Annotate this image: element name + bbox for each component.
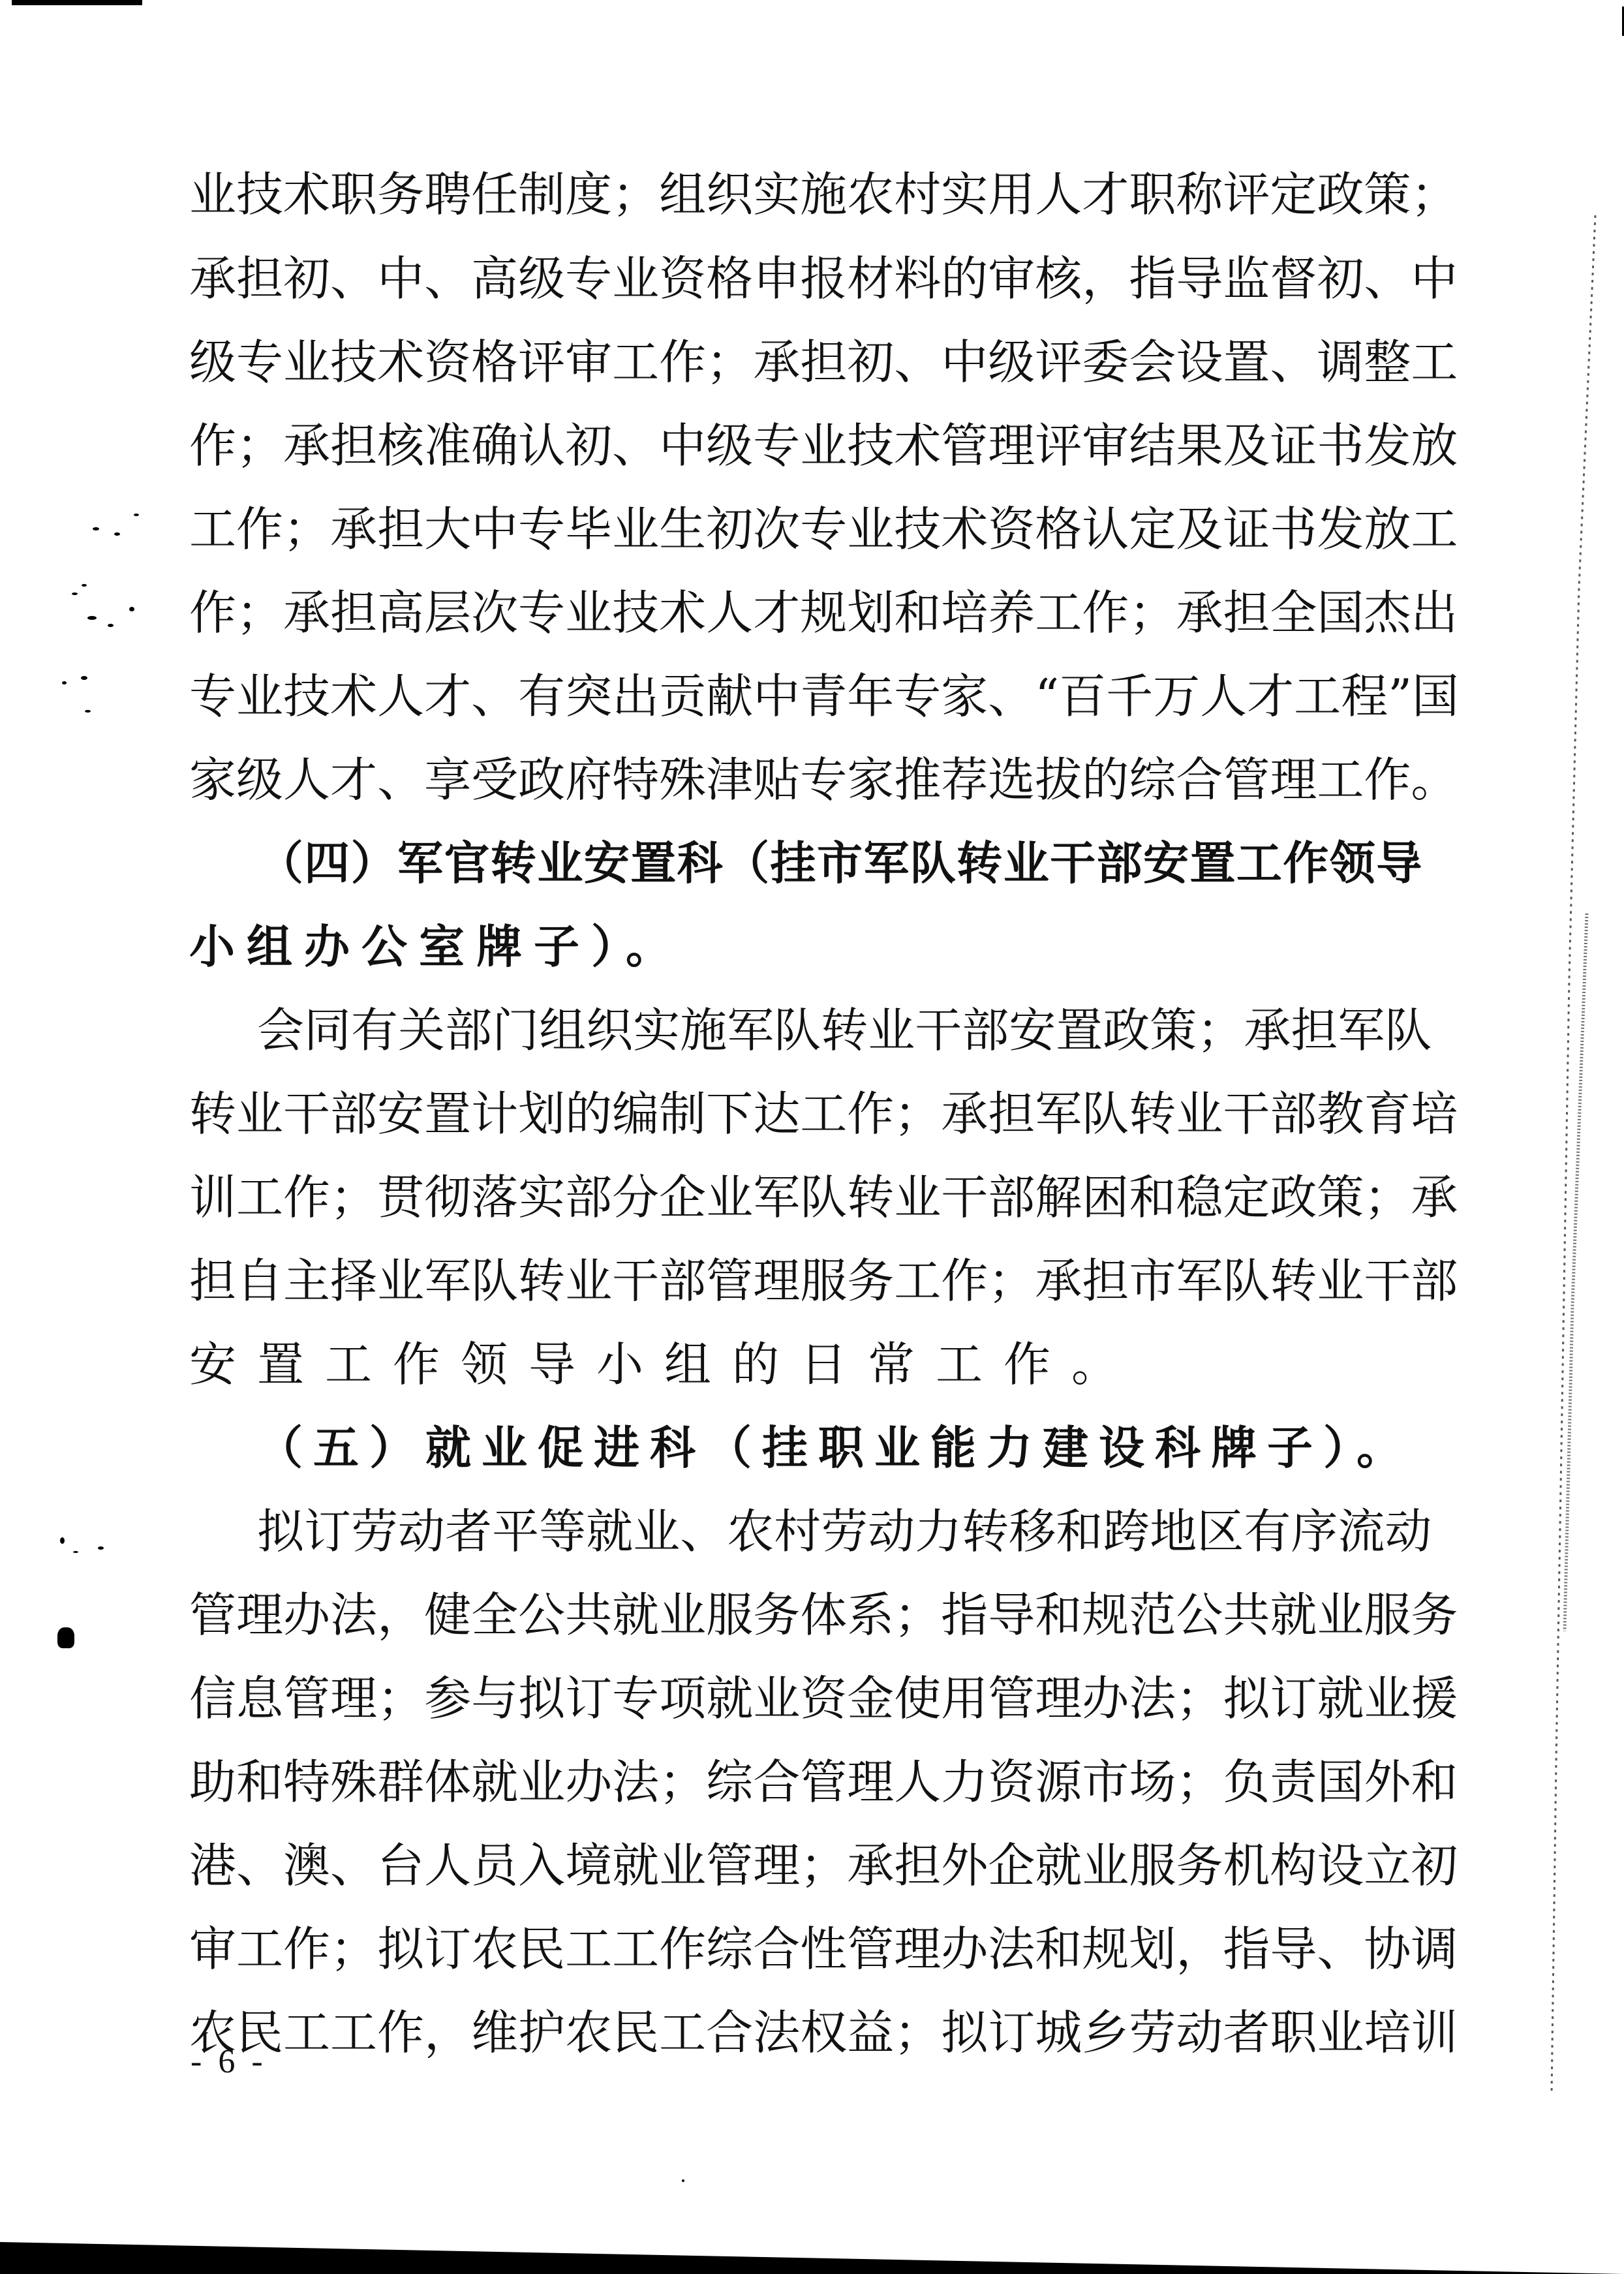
body-line-21: 港、澳、台人员入境就业管理；承担外企就业服务机构设立初 (189, 1830, 1422, 1901)
body-line-14: 担自主择业军队转业干部管理服务工作；承担市军队转业干部 (189, 1245, 1422, 1317)
scan-speck (81, 676, 87, 680)
scan-speck (60, 1537, 65, 1544)
page-number: - 6 - (191, 2042, 267, 2081)
scan-speck (62, 681, 67, 684)
body-line-19: 信息管理；参与拟订专项就业资金使用管理办法；拟订就业援 (189, 1663, 1422, 1734)
body-line-8: 家级人才、享受政府特殊津贴专家推荐选拔的综合管理工作。 (189, 744, 1422, 816)
body-line-3: 级专业技术资格评审工作；承担初、中级评委会设置、调整工 (189, 326, 1422, 398)
scan-speck (87, 616, 97, 620)
body-line-13: 训工作；贯彻落实部分企业军队转业干部解困和稳定政策；承 (189, 1161, 1422, 1233)
body-line-20: 助和特殊群体就业办法；综合管理人力资源市场；负责国外和 (189, 1746, 1422, 1818)
body-line-23: 农民工工作，维护农民工合法权益；拟订城乡劳动者职业培训 (189, 1997, 1422, 2068)
section-heading-4: （四）军官转业安置科（挂市军队转业干部安置工作领导 (257, 827, 1422, 899)
body-line-4: 作；承担核准确认初、中级专业技术管理评审结果及证书发放 (189, 410, 1422, 482)
body-line-12: 转业干部安置计划的编制下达工作；承担军队转业干部教育培 (189, 1078, 1422, 1150)
scan-speck (114, 532, 120, 536)
section-heading-5: （五）就业促进科（挂职业能力建设科牌子）。 (257, 1412, 1490, 1484)
scan-speck (73, 1551, 78, 1553)
scan-speck (85, 710, 91, 713)
body-line-15: 安置工作领导小组的日常工作。 (189, 1329, 1422, 1400)
scan-speck (129, 607, 134, 611)
body-line-11: 会同有关部门组织实施军队转业干部安置政策；承担军队 (257, 994, 1422, 1066)
body-line-5: 工作；承担大中专毕业生初次专业技术资格认定及证书发放工 (189, 493, 1422, 565)
scanned-page: 业技术职务聘任制度；组织实施农村实用人才职称评定政策； 承担初、中、高级专业资格… (0, 0, 1624, 2274)
scan-speck (72, 592, 78, 595)
scan-speck (134, 514, 139, 516)
scan-blot (57, 1627, 74, 1648)
section-heading-4-cont: 小组办公室牌子）。 (189, 911, 1422, 983)
scan-speck (82, 584, 87, 587)
body-line-18: 管理办法，健全公共就业服务体系；指导和规范公共就业服务 (189, 1579, 1422, 1651)
body-line-7: 专业技术人才、有突出贡献中青年专家、“百千万人才工程”国 (189, 660, 1422, 732)
body-line-2: 承担初、中、高级专业资格申报材料的审核，指导监督初、中 (189, 243, 1422, 315)
scan-speck (108, 624, 114, 627)
body-line-22: 审工作；拟订农民工工作综合性管理办法和规划，指导、协调 (189, 1913, 1422, 1985)
scan-speck (93, 527, 99, 530)
scan-speck (682, 2179, 684, 2182)
body-line-17: 拟订劳动者平等就业、农村劳动力转移和跨地区有序流动 (257, 1496, 1422, 1567)
scan-edge-bottom (0, 2228, 1624, 2274)
body-line-6: 作；承担高层次专业技术人才规划和培养工作；承担全国杰出 (189, 577, 1422, 649)
scan-edge-top-left (12, 0, 142, 5)
body-line-1: 业技术职务聘任制度；组织实施农村实用人才职称评定政策； (189, 159, 1422, 230)
scan-speck (98, 1546, 104, 1550)
